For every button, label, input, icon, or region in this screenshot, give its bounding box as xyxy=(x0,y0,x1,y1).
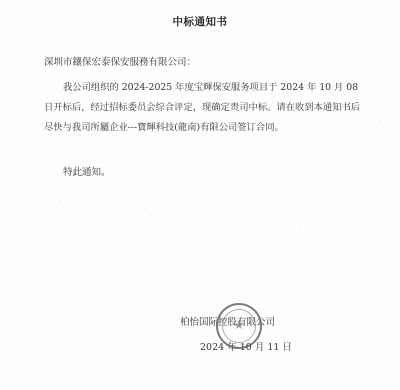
seal-star-icon: ★ xyxy=(218,318,260,332)
scan-speckle xyxy=(50,280,51,281)
body-paragraph: 我公司组织的 2024-2025 年度宝輝保安服务项目于 2024 年 10 月… xyxy=(44,78,362,138)
scan-speckle xyxy=(380,120,381,121)
notice-page: 中标通知书 深圳市鑲保宏泰保安服務有限公司： 我公司组织的 2024-2025 … xyxy=(0,0,400,390)
addressee: 深圳市鑲保宏泰保安服務有限公司： xyxy=(44,54,196,68)
scan-speckle xyxy=(270,262,271,263)
closing-line: 特此通知。 xyxy=(63,164,111,178)
company-seal-icon: ★ xyxy=(216,303,262,349)
body-text: 我公司组织的 2024-2025 年度宝輝保安服务项目于 2024 年 10 月… xyxy=(44,78,362,138)
scan-speckle xyxy=(150,215,151,216)
scan-speckle xyxy=(300,230,301,231)
scan-speckle xyxy=(90,250,91,251)
document-title: 中标通知书 xyxy=(0,14,400,29)
scan-speckle xyxy=(60,200,61,201)
scan-speckle xyxy=(330,195,331,196)
